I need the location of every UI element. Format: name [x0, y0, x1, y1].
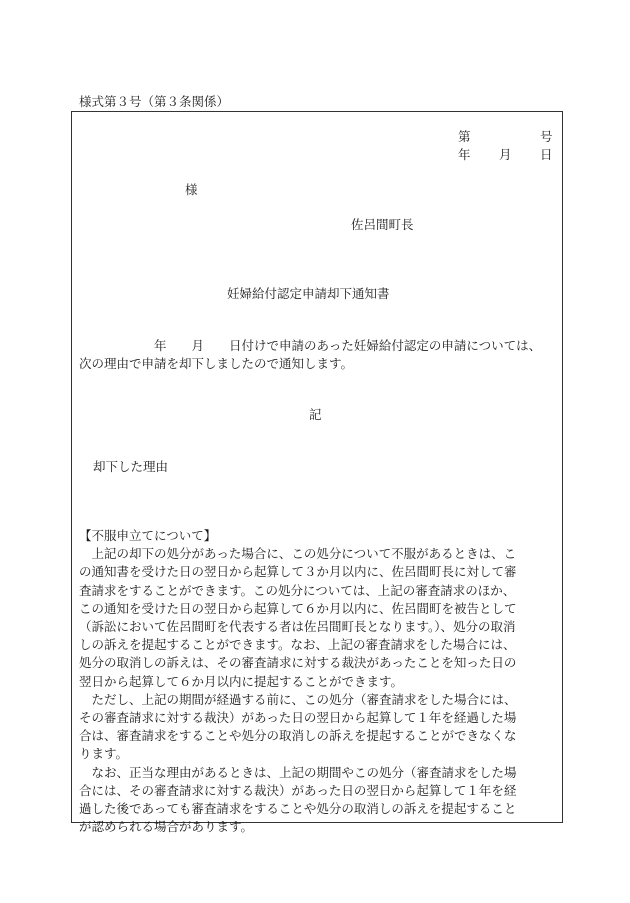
appeal-line: （訴訟において佐呂間町を代表する者は佐呂間町長となります。）、処分の取消: [79, 618, 559, 636]
number-prefix: 第: [458, 131, 471, 144]
appeal-line: 翌日から起算して６か月以内に提起することができます。: [79, 673, 559, 691]
number-suffix: 号: [540, 131, 553, 144]
appeal-line: なお、正当な理由があるときは、上記の期間やこの処分（審査請求をした場: [79, 764, 559, 782]
addressee: 様: [185, 184, 198, 197]
appeal-line: 過した後であっても審査請求をすることや処分の取消しの訴えを提起すること: [79, 800, 559, 818]
sender: 佐呂間町長: [351, 219, 414, 232]
appeal-line: ただし、上記の期間が経過する前に、この処分（審査請求をした場合には、: [79, 691, 559, 709]
appeal-line: しの訴えを提起することができます。なお、上記の審査請求をした場合には、: [79, 636, 559, 654]
appeal-line: が認められる場合があります。: [79, 818, 559, 836]
appeal-line: この通知を受けた日の翌日から起算して６か月以内に、佐呂間町を被告として: [79, 600, 559, 618]
date-day: 日: [540, 149, 553, 162]
appeal-heading: 【不服申立てについて】: [79, 527, 559, 545]
appeal-line: 上記の却下の処分があった場合に、この処分について不服があるときは、こ: [79, 545, 559, 563]
appeal-line: ります。: [79, 745, 559, 763]
date-year: 年: [458, 149, 471, 162]
appeal-line: 合は、審査請求をすることや処分の取消しの訴えを提起することができなくな: [79, 727, 559, 745]
appeal-line: その審査請求に対する裁決）があった日の翌日から起算して１年を経過した場: [79, 709, 559, 727]
document-title: 妊婦給付認定申請却下通知書: [227, 288, 390, 301]
body-text: 年 月 日付けで申請のあった妊婦給付認定の申請については、 次の理由で申請を却下…: [79, 337, 559, 373]
appeal-section: 【不服申立てについて】 上記の却下の処分があった場合に、この処分について不服があ…: [79, 527, 559, 836]
appeal-line: 合には、その審査請求に対する裁決）があった日の翌日から起算して１年を経: [79, 782, 559, 800]
reason-label: 却下した理由: [93, 461, 168, 474]
ki-heading: 記: [309, 409, 322, 422]
body-line: 次の理由で申請を却下しましたので通知します。: [79, 355, 559, 373]
appeal-line: の通知書を受けた日の翌日から起算して３か月以内に、佐呂間町長に対して審: [79, 563, 559, 581]
form-label: 様式第３号（第３条関係）: [79, 96, 229, 109]
body-line: 年 月 日付けで申請のあった妊婦給付認定の申請については、: [79, 337, 559, 355]
appeal-line: 処分の取消しの訴えは、その審査請求に対する裁決があったことを知った日の: [79, 654, 559, 672]
date-month: 月: [499, 149, 512, 162]
appeal-line: 査請求をすることができます。この処分については、上記の審査請求のほか、: [79, 582, 559, 600]
